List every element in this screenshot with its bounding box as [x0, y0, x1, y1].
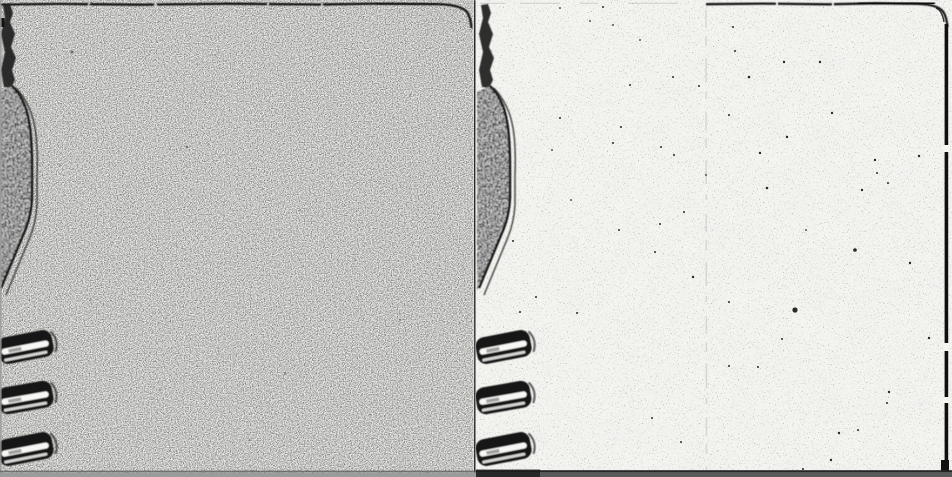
speckle-dot — [651, 417, 653, 419]
speckle-dot — [819, 61, 821, 63]
speckle-dot — [887, 182, 889, 184]
speckle-dot — [886, 402, 888, 404]
speckle-dot — [766, 187, 769, 190]
speckle-dot — [734, 50, 736, 52]
speckle-dot — [354, 259, 355, 260]
speckle-dot — [299, 209, 300, 210]
left-frame-edge — [0, 0, 2, 477]
speckle-dot — [512, 240, 514, 242]
speckle-dot — [618, 229, 620, 231]
speckle-dot — [660, 146, 662, 148]
speckle-dot — [928, 337, 930, 339]
speckle-dot — [673, 154, 675, 156]
speckle-dot — [757, 366, 759, 368]
speckle-dot — [857, 429, 859, 431]
speckle-dot — [71, 51, 74, 54]
bottom-band — [0, 470, 952, 477]
speckle-dot — [659, 223, 661, 225]
speckle-dot — [909, 262, 911, 264]
speckle-dot — [186, 146, 188, 148]
speckle-dot — [748, 76, 751, 79]
speckle-dot — [620, 126, 622, 128]
speckle-dot — [519, 311, 521, 313]
bottom-band-dark-segment — [476, 470, 540, 477]
speckle-dot — [783, 61, 785, 63]
speckle-dot — [399, 319, 401, 321]
right-top-edge-thick-segment — [858, 3, 935, 4]
speckle-dot — [692, 276, 694, 278]
speckle-dot — [249, 439, 251, 441]
bottom-band-right — [476, 472, 952, 477]
speckle-dot — [672, 76, 674, 78]
speckle-dot — [559, 117, 561, 119]
panel-divider-line — [474, 0, 475, 477]
speckle-dot — [409, 94, 410, 95]
speckle-dot — [698, 85, 700, 87]
speckle-dot — [654, 251, 656, 253]
speckle-dot — [59, 164, 60, 165]
speckle-dot — [705, 174, 707, 176]
speckle-dot — [786, 136, 788, 138]
speckle-dot — [876, 172, 878, 174]
speckle-dot — [589, 20, 591, 22]
right-scan-panel — [474, 0, 952, 477]
speckle-dot — [861, 189, 863, 191]
bottom-edge-line-left — [0, 471, 476, 473]
speckle-dot — [802, 468, 804, 470]
speckle-dot — [612, 24, 614, 26]
speckle-dot — [639, 39, 641, 41]
speckle-dot — [831, 112, 833, 114]
right-grain-noise — [476, 0, 952, 477]
bottom-band-left — [0, 472, 476, 477]
speckle-dot — [792, 307, 797, 312]
speckle-dot — [830, 459, 832, 461]
speckle-dot — [570, 199, 572, 201]
left-scan-panel — [0, 0, 476, 477]
speckle-dot — [680, 441, 682, 443]
speckle-dot — [612, 142, 614, 144]
speckle-dot — [159, 389, 161, 391]
speckle-dot — [838, 432, 840, 434]
left-grain-noise — [0, 0, 476, 477]
speckle-dot — [535, 296, 537, 298]
speckle-dot — [576, 312, 578, 314]
speckle-dot — [853, 248, 857, 252]
speckle-dot — [214, 54, 215, 55]
speckle-dot — [732, 26, 734, 28]
speckle-dot — [602, 6, 604, 8]
speckle-dot — [759, 152, 761, 154]
speckle-dot — [119, 209, 121, 211]
bottom-edge-line-right — [476, 470, 952, 472]
speckle-dot — [559, 7, 561, 9]
speckle-dot — [805, 229, 807, 231]
speckle-dot — [629, 84, 631, 86]
speckle-dot — [888, 391, 890, 393]
speckle-dot — [284, 372, 286, 374]
speckle-dot — [728, 114, 730, 116]
speckle-dot — [89, 299, 90, 300]
speckle-dot — [728, 365, 730, 367]
speckle-dot — [329, 119, 331, 121]
comparison-image — [0, 0, 952, 477]
speckle-dot — [874, 159, 876, 161]
speckle-dot — [918, 155, 920, 157]
speckle-dot — [781, 338, 783, 340]
speckle-dot — [683, 211, 685, 213]
speckle-dot — [551, 149, 553, 151]
comparison-figure — [0, 0, 952, 477]
speckle-dot — [728, 301, 730, 303]
